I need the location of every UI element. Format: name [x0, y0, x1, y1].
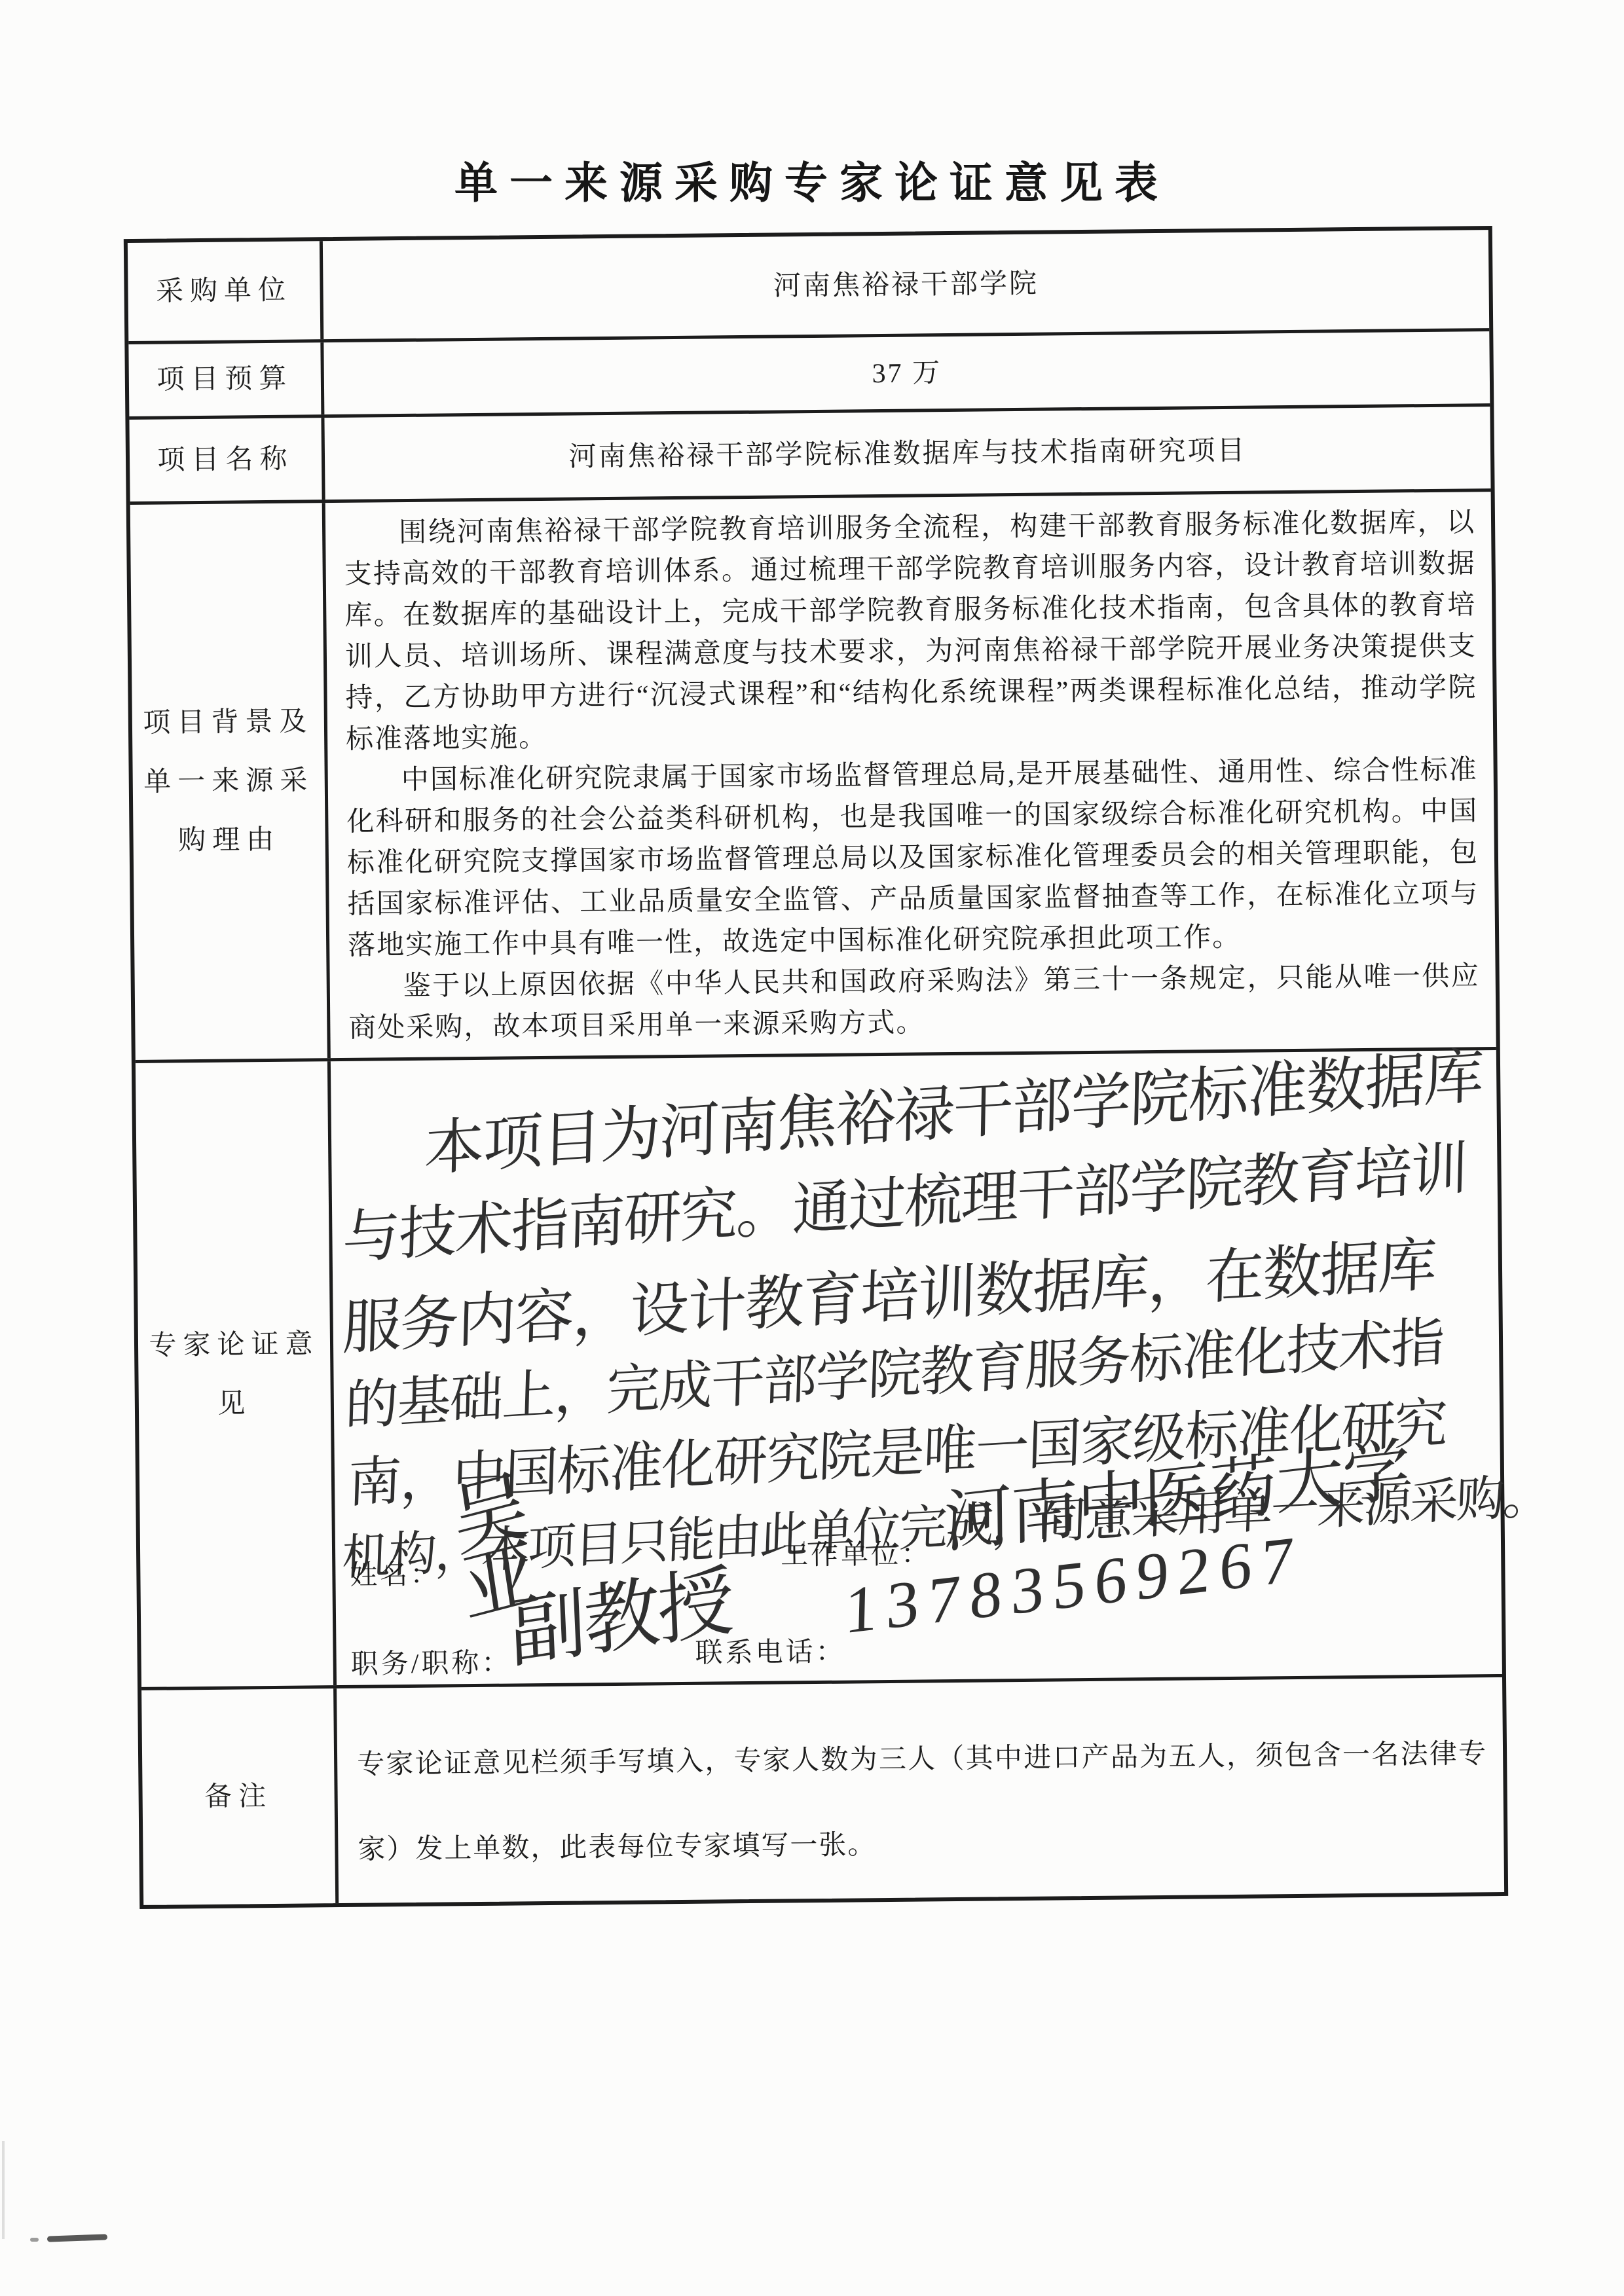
project-budget-row: 项目预算 37 万 — [128, 328, 1490, 416]
purchasing-unit-row: 采购单位 河南焦裕禄干部学院 — [128, 230, 1489, 341]
expert-opinion-area: 本项目为河南焦裕禄干部学院标准数据库 与技术指南研究。通过梳理干部学院教育培训 … — [331, 1050, 1502, 1685]
scan-artifact-dot — [30, 2238, 39, 2242]
remarks-label: 备注 — [152, 1766, 325, 1827]
scan-artifact-smudge — [47, 2234, 107, 2242]
expert-opinion-row: 专家论证意见 本项目为河南焦裕禄干部学院标准数据库 与技术指南研究。通过梳理干部… — [136, 1047, 1502, 1687]
project-name-value: 河南焦裕禄干部学院标准数据库与技术指南研究项目 — [324, 407, 1490, 500]
project-name-label-cell: 项目名称 — [129, 418, 325, 501]
background-paragraph-3: 鉴于以上原因依据《中华人民共和国政府采购法》第三十一条规定，只能从唯一供应商处采… — [348, 956, 1480, 1049]
project-budget-value: 37 万 — [323, 331, 1490, 414]
expert-position-label: 职务/职称： — [350, 1641, 511, 1682]
scanned-document-page: 单一来源采购专家论证意见表 采购单位 河南焦裕禄干部学院 项目预算 37 万 项… — [0, 0, 1624, 2296]
project-name-label: 项目名称 — [139, 429, 312, 490]
remarks-text-cell: 专家论证意见栏须手写填入，专家人数为三人（其中进口产品为五人，须包含一名法律专家… — [337, 1677, 1504, 1903]
background-paragraph-2: 中国标准化研究院隶属于国家市场监督管理总局,是开展基础性、通用性、综合性标准化科… — [346, 750, 1479, 967]
remarks-text: 专家论证意见栏须手写填入，专家人数为三人（其中进口产品为五人，须包含一名法律专家… — [357, 1711, 1488, 1893]
scan-artifact-edge-streak — [2, 2141, 5, 2239]
project-budget-label: 项目预算 — [138, 349, 312, 410]
background-reason-label: 项目背景及单一来源采购理由 — [141, 692, 316, 871]
purchasing-unit-value: 河南焦裕禄干部学院 — [323, 230, 1489, 339]
project-budget-label-cell: 项目预算 — [128, 342, 324, 416]
form-table: 采购单位 河南焦裕禄干部学院 项目预算 37 万 项目名称 河南焦裕禄干部学院标… — [124, 226, 1508, 1909]
background-paragraph-1: 围绕河南焦裕禄干部学院教育培训服务全流程，构建干部教育服务标准化数据库，以支持高… — [344, 502, 1478, 761]
expert-opinion-label: 专家论证意见 — [147, 1315, 322, 1434]
purchasing-unit-label-cell: 采购单位 — [128, 241, 323, 341]
background-reason-text: 围绕河南焦裕禄干部学院教育培训服务全流程，构建干部教育服务标准化数据库，以支持高… — [325, 492, 1496, 1058]
form-title: 单一来源采购专家论证意见表 — [0, 148, 1624, 210]
expert-phone-label: 联系电话： — [695, 1630, 846, 1671]
expert-opinion-label-cell: 专家论证意见 — [136, 1061, 337, 1687]
remarks-label-cell: 备注 — [141, 1688, 339, 1905]
remarks-row: 备注 专家论证意见栏须手写填入，专家人数为三人（其中进口产品为五人，须包含一名法… — [141, 1674, 1504, 1905]
project-name-row: 项目名称 河南焦裕禄干部学院标准数据库与技术指南研究项目 — [129, 403, 1490, 501]
purchasing-unit-label: 采购单位 — [138, 261, 311, 321]
background-reason-row: 项目背景及单一来源采购理由 围绕河南焦裕禄干部学院教育培训服务全流程，构建干部教… — [130, 488, 1496, 1060]
expert-name-label: 姓名： — [350, 1553, 441, 1593]
background-reason-label-cell: 项目背景及单一来源采购理由 — [130, 503, 331, 1060]
